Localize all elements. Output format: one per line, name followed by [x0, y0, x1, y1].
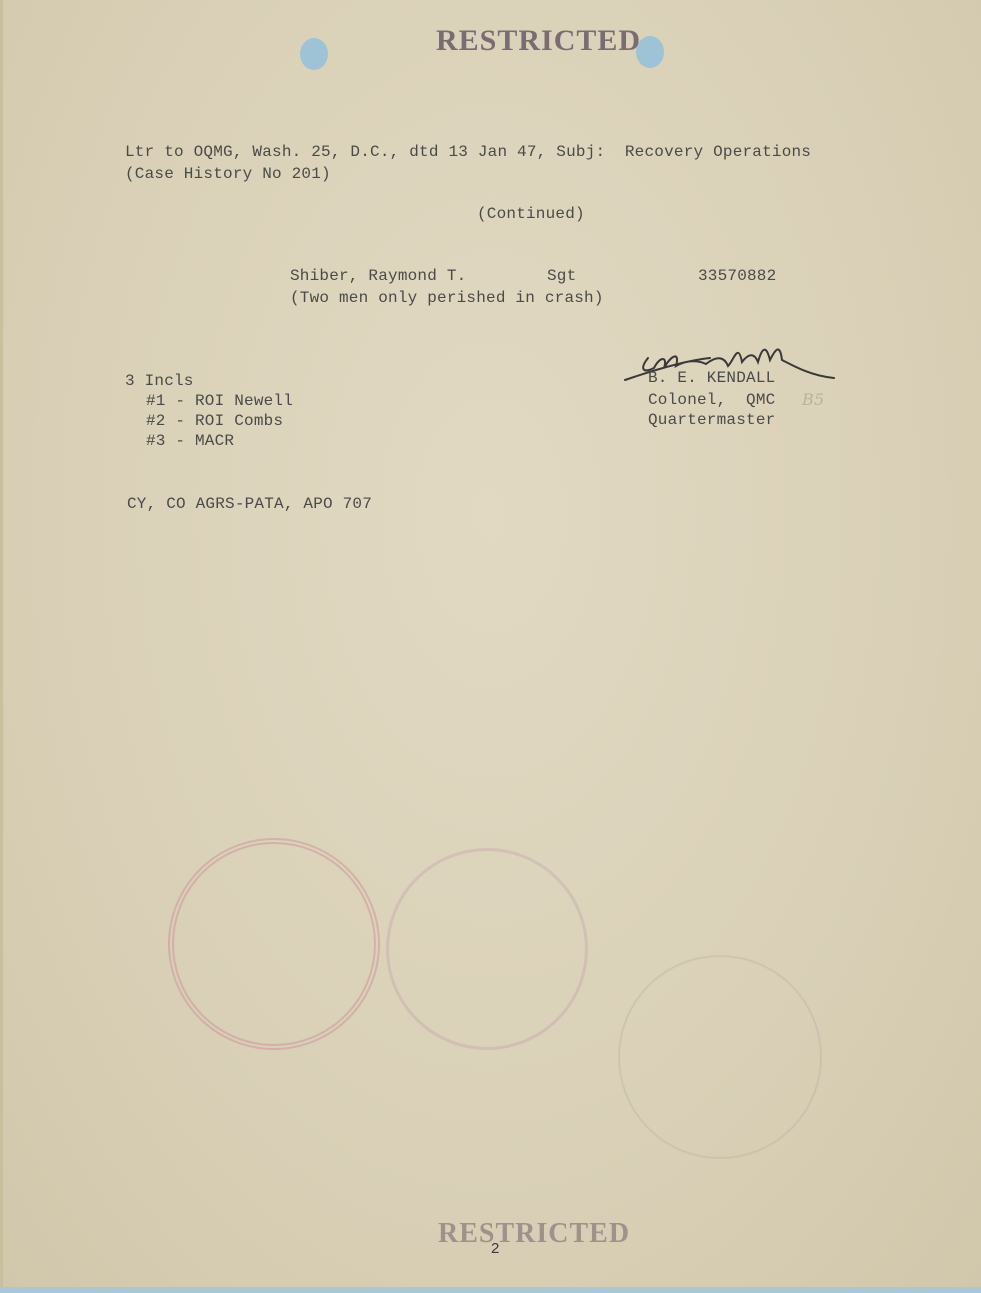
person-rank: Sgt [547, 265, 576, 287]
faded-seal-stamp-middle [386, 848, 588, 1050]
copy-distribution-line: CY, CO AGRS-PATA, APO 707 [127, 493, 372, 515]
person-serial: 33570882 [698, 265, 776, 287]
inclosure-item: #3 - MACR [146, 430, 234, 452]
crash-note: (Two men only perished in crash) [290, 287, 604, 309]
signer-role: Quartermaster [648, 409, 775, 431]
faded-seal-stamp-left [168, 838, 380, 1050]
punch-hole-left [300, 38, 328, 70]
continued-label: (Continued) [477, 203, 585, 225]
signer-title: Colonel, QMC [648, 389, 775, 411]
reference-line: Ltr to OQMG, Wash. 25, D.C., dtd 13 Jan … [125, 141, 811, 163]
inclosures-heading: 3 Incls [125, 370, 194, 392]
restricted-stamp-top: RESTRICTED [436, 24, 641, 58]
person-name: Shiber, Raymond T. [290, 265, 466, 287]
pencil-annotation: B5 [802, 389, 824, 411]
case-history-line: (Case History No 201) [125, 163, 331, 185]
inclosure-item: #2 - ROI Combs [146, 410, 283, 432]
page-edge [0, 0, 3, 1287]
page-number: 2 [491, 1238, 500, 1260]
faded-seal-stamp-right [618, 955, 822, 1159]
document-page [0, 0, 981, 1287]
restricted-stamp-bottom: RESTRICTED [438, 1218, 630, 1250]
scan-background-strip [0, 1287, 981, 1293]
signer-name: B. E. KENDALL [648, 367, 775, 389]
inclosure-item: #1 - ROI Newell [146, 390, 293, 412]
